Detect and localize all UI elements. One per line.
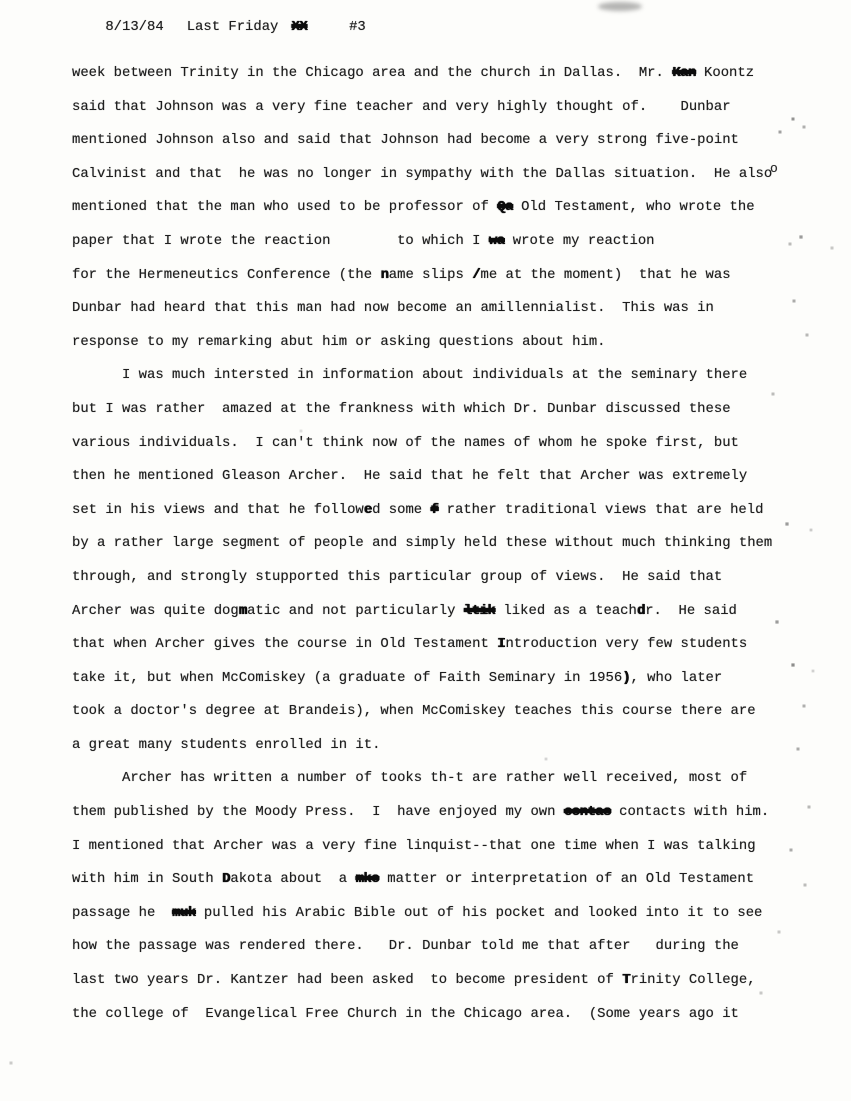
typed-line: Archer has written a number of tooks th-… (72, 762, 821, 796)
typed-line: took a doctor's degree at Brandeis), whe… (72, 695, 821, 729)
typed-line: mentioned Johnson also and said that Joh… (72, 124, 821, 158)
typed-line: set in his views and that he followed so… (72, 494, 821, 528)
typed-line: I mentioned that Archer was a very fine … (72, 830, 821, 864)
header-page-number: #3 (349, 19, 366, 35)
typed-line: the college of Evangelical Free Church i… (72, 998, 821, 1032)
header-date: 8/13/84 (105, 19, 163, 35)
overstruck-char: m (239, 603, 247, 619)
scan-noise (0, 0, 2, 2)
overstruck-char: d (637, 603, 645, 619)
strikeout-text: f (430, 502, 438, 518)
typed-line: by a rather large segment of people and … (72, 527, 821, 561)
strikeout-mark: XX (291, 19, 307, 35)
typed-line: then he mentioned Gleason Archer. He sai… (72, 460, 821, 494)
strikeout-text: ltik (464, 603, 495, 619)
typed-line: paper that I wrote the reaction to which… (72, 225, 821, 259)
typed-line: a great many students enrolled in it. (72, 729, 821, 763)
document-header: 8/13/84Last FridayXX#3 (72, 3, 366, 51)
typed-line: passage he muk pulled his Arabic Bible o… (72, 897, 821, 931)
typed-line: with him in South Dakota about a mke mat… (72, 863, 821, 897)
typed-line: various individuals. I can't think now o… (72, 427, 821, 461)
header-title: Last Friday (187, 19, 279, 35)
overstruck-char: T (622, 972, 630, 988)
typed-line: Archer was quite dogmatic and not partic… (72, 595, 821, 629)
typed-line: said that Johnson was a very fine teache… (72, 91, 821, 125)
typed-lines: week between Trinity in the Chicago area… (72, 57, 821, 1031)
typed-line: I was much intersted in information abou… (72, 359, 821, 393)
overstruck-char: ) (622, 670, 630, 686)
typed-line: mentioned that the man who used to be pr… (72, 191, 821, 225)
scan-smudge (598, 2, 642, 11)
stray-mark: o (770, 161, 778, 176)
overstruck-char: e (364, 502, 372, 518)
typed-line: take it, but when McComiskey (a graduate… (72, 662, 821, 696)
overstruck-char: I (497, 636, 505, 652)
typed-line: through, and strongly stupported this pa… (72, 561, 821, 595)
typed-line: last two years Dr. Kantzer had been aske… (72, 964, 821, 998)
typed-line: but I was rather amazed at the frankness… (72, 393, 821, 427)
typed-line: how the passage was rendered there. Dr. … (72, 930, 821, 964)
strikeout-text: Qa (497, 199, 513, 215)
typed-line: Calvinist and that he was no longer in s… (72, 158, 821, 192)
typed-line: Dunbar had heard that this man had now b… (72, 292, 821, 326)
typed-line: for the Hermeneutics Conference (the nam… (72, 259, 821, 293)
typed-line: week between Trinity in the Chicago area… (72, 57, 821, 91)
typed-line: response to my remarking abut him or ask… (72, 326, 821, 360)
document-page: 8/13/84Last FridayXX#3 week between Trin… (0, 0, 851, 1101)
typed-line: them published by the Moody Press. I hav… (72, 796, 821, 830)
strikeout-text: contas (564, 804, 611, 820)
strikeout-text: muk (172, 905, 196, 921)
strikeout-text: mke (355, 871, 379, 887)
overstruck-char: n (380, 267, 388, 283)
strikeout-text: Kan (672, 65, 696, 81)
overstruck-char: D (222, 871, 230, 887)
strikeout-text: wa (489, 233, 505, 249)
typed-line: that when Archer gives the course in Old… (72, 628, 821, 662)
overstruck-char: / (472, 267, 480, 283)
